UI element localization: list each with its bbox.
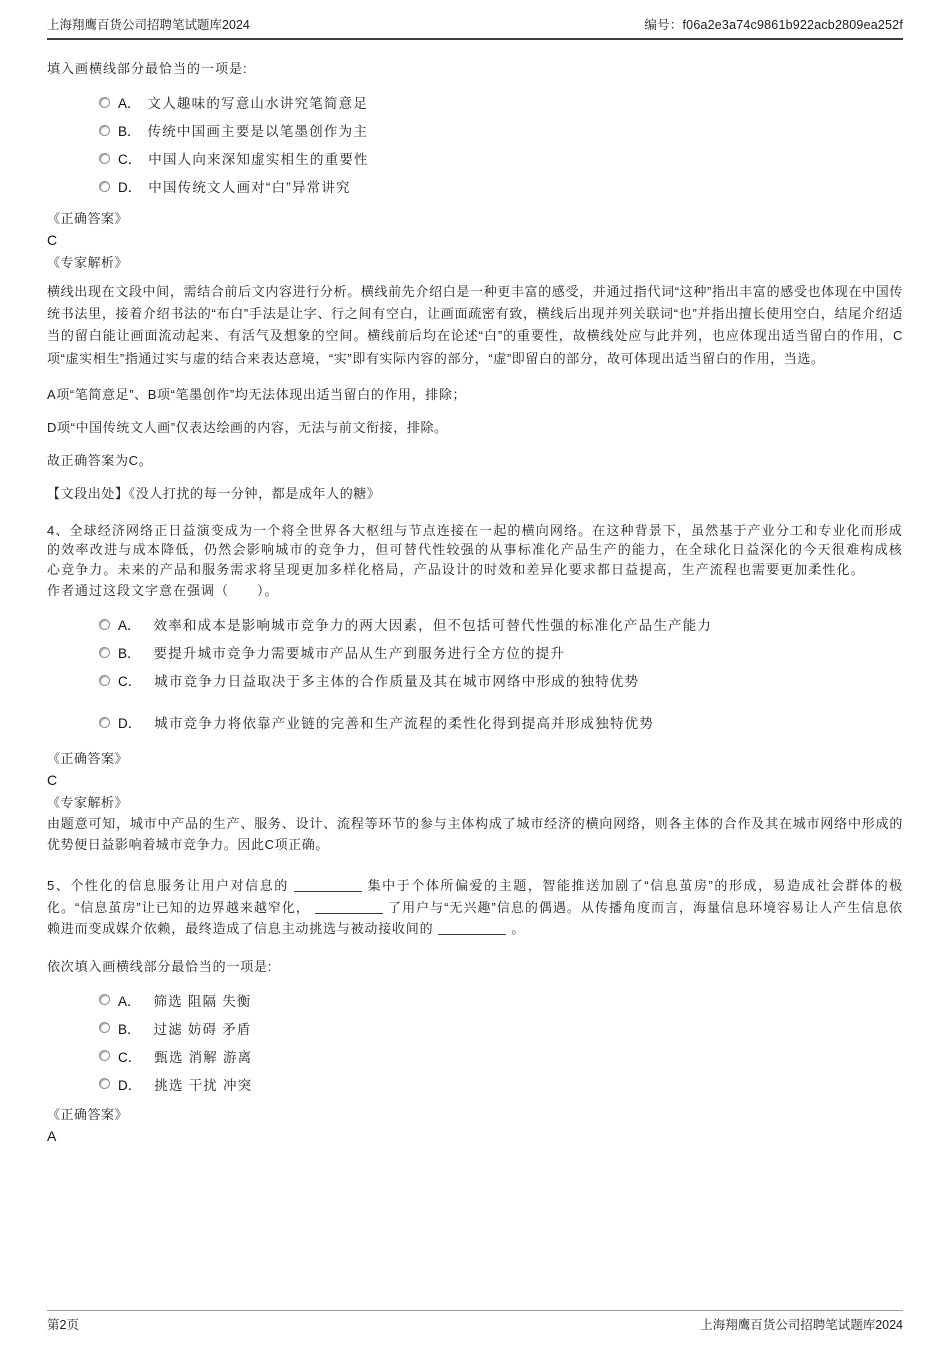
doc-number-value: f06a2e3a74c9861b922acb2809ea252f	[683, 18, 904, 32]
option-letter: D．	[118, 1074, 141, 1094]
page-header: 上海翔鹰百货公司招聘笔试题库2024 编号：f06a2e3a74c9861b92…	[47, 0, 903, 40]
radio-button-icon[interactable]	[99, 181, 110, 192]
option-text: 筛选 阻隔 失衡	[154, 990, 252, 1010]
q4-prompt: 作者通过这段文字意在强调（ ）。	[47, 580, 903, 601]
q3-prompt: 填入画横线部分最恰当的一项是:	[47, 58, 903, 77]
option-letter: D．	[118, 712, 141, 732]
q3-exclusion-d: D项“中国传统文人画”仅表达绘画的内容，无法与前文衔接，排除。	[47, 417, 903, 436]
q4-options: A． 效率和成本是影响城市竞争力的两大因素，但不包括可替代性强的标准化产品生产能…	[99, 610, 903, 736]
q3-correct-answer-label: 《正确答案》	[47, 210, 903, 227]
footer-page-number: 第2页	[47, 1315, 79, 1333]
header-title: 上海翔鹰百货公司招聘笔试题库2024	[47, 15, 250, 33]
q4-analysis-paragraph: 由题意可知，城市中产品的生产、服务、设计、流程等环节的参与主体构成了城市经济的横…	[47, 813, 903, 855]
q3-analysis-paragraph: 横线出现在文段中间，需结合前后文内容进行分析。横线前先介绍白是一种更丰富的感受，…	[47, 281, 903, 370]
q3-correct-answer-value: C	[47, 232, 903, 248]
radio-button-icon[interactable]	[99, 619, 110, 630]
option-letter: A．	[118, 92, 141, 112]
option-letter: B．	[118, 642, 141, 662]
option-text: 要提升城市竞争力需要城市产品从生产到服务进行全方位的提升	[154, 642, 566, 662]
radio-button-icon[interactable]	[99, 153, 110, 164]
q5-options: A． 筛选 阻隔 失衡 B． 过滤 妨碍 矛盾 C． 甄选 消解 游离 D． 挑…	[99, 986, 903, 1098]
q5-option-d[interactable]: D． 挑选 干扰 冲突	[99, 1070, 903, 1098]
blank-line	[294, 879, 362, 892]
radio-button-icon[interactable]	[99, 675, 110, 686]
option-letter: C．	[118, 148, 141, 168]
q5-prompt: 依次填入画横线部分最恰当的一项是:	[47, 956, 903, 975]
blank-line	[438, 922, 506, 935]
radio-button-icon[interactable]	[99, 717, 110, 728]
q3-option-a[interactable]: A． 文人趣味的写意山水讲究笔简意足	[99, 88, 903, 116]
q5-stem-part4: 。	[511, 921, 525, 936]
radio-button-icon[interactable]	[99, 97, 110, 108]
q5-option-a[interactable]: A． 筛选 阻隔 失衡	[99, 986, 903, 1014]
page-footer: 第2页 上海翔鹰百货公司招聘笔试题库2024	[47, 1310, 903, 1333]
q4-stem: 4、全球经济网络正日益演变成为一个将全世界各大枢纽与节点连接在一起的横向网络。在…	[47, 521, 903, 580]
doc-number: 编号：f06a2e3a74c9861b922acb2809ea252f	[644, 15, 903, 33]
q4-option-c[interactable]: C． 城市竞争力日益取决于多主体的合作质量及其在城市网络中形成的独特优势	[99, 666, 903, 694]
option-text: 中国人向来深知虚实相生的重要性	[148, 148, 369, 168]
option-letter: B．	[118, 120, 141, 140]
radio-button-icon[interactable]	[99, 994, 110, 1005]
q3-options: A． 文人趣味的写意山水讲究笔简意足 B． 传统中国画主要是以笔墨创作为主 C．…	[99, 88, 903, 200]
radio-button-icon[interactable]	[99, 125, 110, 136]
q5-stem-part1: 5、个性化的信息服务让用户对信息的	[47, 878, 289, 893]
option-letter: C．	[118, 1046, 141, 1066]
q4-correct-answer-label: 《正确答案》	[47, 750, 903, 767]
option-text: 文人趣味的写意山水讲究笔简意足	[148, 92, 369, 112]
blank-line	[315, 901, 383, 914]
radio-button-icon[interactable]	[99, 647, 110, 658]
q5-option-b[interactable]: B． 过滤 妨碍 矛盾	[99, 1014, 903, 1042]
q3-exclusion-ab: A项“笔简意足”、B项“笔墨创作”均无法体现出适当留白的作用，排除；	[47, 384, 903, 403]
q4-analysis-label: 《专家解析》	[47, 794, 903, 811]
option-text: 中国传统文人画对“白”异常讲究	[148, 176, 351, 196]
q4-option-b[interactable]: B． 要提升城市竞争力需要城市产品从生产到服务进行全方位的提升	[99, 638, 903, 666]
option-text: 效率和成本是影响城市竞争力的两大因素，但不包括可替代性强的标准化产品生产能力	[154, 614, 713, 634]
q3-conclusion: 故正确答案为C。	[47, 450, 903, 469]
option-letter: A．	[118, 990, 141, 1010]
q3-analysis-label: 《专家解析》	[47, 254, 903, 271]
option-text: 过滤 妨碍 矛盾	[154, 1018, 252, 1038]
q4-option-a[interactable]: A． 效率和成本是影响城市竞争力的两大因素，但不包括可替代性强的标准化产品生产能…	[99, 610, 903, 638]
option-letter: B．	[118, 1018, 141, 1038]
doc-number-label: 编号：	[644, 18, 682, 32]
q3-option-c[interactable]: C． 中国人向来深知虚实相生的重要性	[99, 144, 903, 172]
q5-option-c[interactable]: C． 甄选 消解 游离	[99, 1042, 903, 1070]
q4-option-d[interactable]: D． 城市竞争力将依靠产业链的完善和生产流程的柔性化得到提高并形成独特优势	[99, 708, 903, 736]
option-text: 传统中国画主要是以笔墨创作为主	[148, 120, 369, 140]
q3-option-b[interactable]: B． 传统中国画主要是以笔墨创作为主	[99, 116, 903, 144]
q3-option-d[interactable]: D． 中国传统文人画对“白”异常讲究	[99, 172, 903, 200]
q5-correct-answer-value: A	[47, 1128, 903, 1144]
radio-button-icon[interactable]	[99, 1078, 110, 1089]
document-page: 上海翔鹰百货公司招聘笔试题库2024 编号：f06a2e3a74c9861b92…	[0, 0, 950, 1345]
option-text: 城市竞争力日益取决于多主体的合作质量及其在城市网络中形成的独特优势	[154, 670, 639, 690]
radio-button-icon[interactable]	[99, 1050, 110, 1061]
q5-correct-answer-label: 《正确答案》	[47, 1106, 903, 1123]
option-letter: A．	[118, 614, 141, 634]
option-text: 挑选 干扰 冲突	[154, 1074, 252, 1094]
footer-title: 上海翔鹰百货公司招聘笔试题库2024	[700, 1315, 903, 1333]
q5-stem: 5、个性化的信息服务让用户对信息的集中于个体所偏爱的主题，智能推送加剧了“信息茧…	[47, 875, 903, 940]
option-letter: C．	[118, 670, 141, 690]
option-letter: D．	[118, 176, 141, 196]
option-text: 甄选 消解 游离	[154, 1046, 252, 1066]
option-text: 城市竞争力将依靠产业链的完善和生产流程的柔性化得到提高并形成独特优势	[154, 712, 654, 732]
q3-source: 【文段出处】《没人打扰的每一分钟，都是成年人的糖》	[47, 483, 903, 502]
q4-correct-answer-value: C	[47, 772, 903, 788]
radio-button-icon[interactable]	[99, 1022, 110, 1033]
